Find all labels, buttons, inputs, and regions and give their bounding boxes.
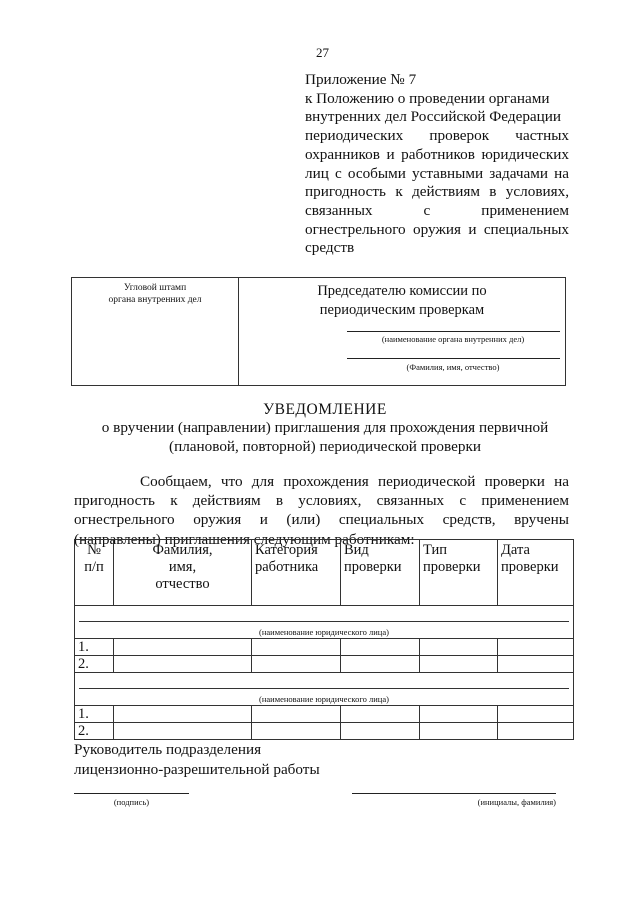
appendix-title: Приложение № 7 bbox=[305, 71, 569, 90]
notice-subtitle: о вручении (направлении) приглашения для… bbox=[60, 419, 590, 456]
appendix-line: внутренних дел Российской Федерации bbox=[305, 108, 569, 127]
cell-category[interactable] bbox=[252, 656, 341, 673]
appendix-line: к Положению о проведении органами bbox=[305, 90, 569, 109]
cell-check-date[interactable] bbox=[498, 656, 574, 673]
appendix-line: средств bbox=[305, 239, 569, 258]
cell-category[interactable] bbox=[252, 639, 341, 656]
cell-number: 2. bbox=[75, 656, 114, 673]
cell-check-type[interactable] bbox=[420, 706, 498, 723]
header-check-type: Типпроверки bbox=[420, 540, 498, 606]
signature-caption: (подпись) bbox=[74, 797, 189, 807]
stamp-and-addressee-box: Угловой штамп органа внутренних дел Пред… bbox=[71, 277, 566, 386]
cell-number: 1. bbox=[75, 706, 114, 723]
table-row: 2. bbox=[75, 656, 574, 673]
notice-subtitle-line1: о вручении (направлении) приглашения для… bbox=[60, 419, 590, 438]
addressee-block: Председателю комиссии по периодическим п… bbox=[239, 282, 565, 320]
cell-check-kind[interactable] bbox=[341, 723, 420, 740]
full-name-caption: (Фамилия, имя, отчество) bbox=[342, 362, 564, 372]
cell-check-kind[interactable] bbox=[341, 639, 420, 656]
stamp-label-line2: органа внутренних дел bbox=[72, 294, 238, 306]
employees-table: №п/п Фамилия,имя,отчество Категорияработ… bbox=[74, 539, 574, 740]
appendix-line: лиц с особыми уставными задачами на bbox=[305, 165, 569, 184]
cell-check-type[interactable] bbox=[420, 723, 498, 740]
cell-check-date[interactable] bbox=[498, 723, 574, 740]
position-line2: лицензионно-разрешительной работы bbox=[74, 760, 320, 780]
stamp-label-line1: Угловой штамп bbox=[72, 282, 238, 294]
cell-check-kind[interactable] bbox=[341, 656, 420, 673]
cell-full-name[interactable] bbox=[114, 706, 252, 723]
org-name-field[interactable] bbox=[79, 621, 569, 622]
cell-check-type[interactable] bbox=[420, 656, 498, 673]
cell-check-date[interactable] bbox=[498, 706, 574, 723]
header-check-date: Датапроверки bbox=[498, 540, 574, 606]
org-name-caption: (наименование органа внутренних дел) bbox=[342, 334, 564, 344]
cell-check-kind[interactable] bbox=[341, 706, 420, 723]
cell-number: 1. bbox=[75, 639, 114, 656]
signature-field[interactable] bbox=[74, 793, 189, 794]
addressee-line1: Председателю комиссии по bbox=[239, 282, 565, 301]
appendix-line: связанных с применением bbox=[305, 202, 569, 221]
appendix-line: пригодность к действиям в условиях, bbox=[305, 183, 569, 202]
full-name-field[interactable] bbox=[347, 358, 560, 359]
header-number: №п/п bbox=[75, 540, 114, 606]
cell-full-name[interactable] bbox=[114, 656, 252, 673]
org-name-field[interactable] bbox=[79, 688, 569, 689]
body-line: огнестрельного оружия и (или) специальны… bbox=[74, 510, 569, 529]
table-row: 2. bbox=[75, 723, 574, 740]
initials-surname-caption: (инициалы, фамилия) bbox=[352, 797, 556, 807]
body-line: пригодность к действиям в условиях, связ… bbox=[74, 491, 569, 510]
header-category: Категорияработника bbox=[252, 540, 341, 606]
notice-body: Сообщаем, что для прохождения периодичес… bbox=[74, 472, 569, 549]
cell-full-name[interactable] bbox=[114, 639, 252, 656]
initials-surname-field[interactable] bbox=[352, 793, 556, 794]
appendix-header: Приложение № 7 к Положению о проведении … bbox=[305, 71, 569, 258]
notice-title: УВЕДОМЛЕНИЕ bbox=[60, 401, 590, 419]
body-line: Сообщаем, что для прохождения периодичес… bbox=[74, 472, 569, 491]
signatory-position: Руководитель подразделения лицензионно-р… bbox=[74, 740, 320, 779]
page-number: 27 bbox=[316, 45, 329, 61]
appendix-line: огнестрельного оружия и специальных bbox=[305, 221, 569, 240]
org-name-caption: (наименование юридического лица) bbox=[75, 624, 573, 641]
table-header-row: №п/п Фамилия,имя,отчество Категорияработ… bbox=[75, 540, 574, 606]
cell-number: 2. bbox=[75, 723, 114, 740]
cell-category[interactable] bbox=[252, 706, 341, 723]
header-check-kind: Видпроверки bbox=[341, 540, 420, 606]
addressee-line2: периодическим проверкам bbox=[239, 301, 565, 320]
table-row: 1. bbox=[75, 639, 574, 656]
cell-check-type[interactable] bbox=[420, 639, 498, 656]
cell-category[interactable] bbox=[252, 723, 341, 740]
notice-subtitle-line2: (плановой, повторной) периодической пров… bbox=[60, 438, 590, 457]
corner-stamp-area: Угловой штамп органа внутренних дел bbox=[72, 282, 238, 306]
org-name-field[interactable] bbox=[347, 331, 560, 332]
header-full-name: Фамилия,имя,отчество bbox=[114, 540, 252, 606]
org-name-row: (наименование юридического лица) bbox=[75, 606, 574, 639]
org-name-caption: (наименование юридического лица) bbox=[75, 691, 573, 708]
appendix-line: периодических проверок частных bbox=[305, 127, 569, 146]
org-name-row: (наименование юридического лица) bbox=[75, 673, 574, 706]
table-row: 1. bbox=[75, 706, 574, 723]
cell-check-date[interactable] bbox=[498, 639, 574, 656]
position-line1: Руководитель подразделения bbox=[74, 740, 320, 760]
appendix-line: охранников и работников юридических bbox=[305, 146, 569, 165]
cell-full-name[interactable] bbox=[114, 723, 252, 740]
